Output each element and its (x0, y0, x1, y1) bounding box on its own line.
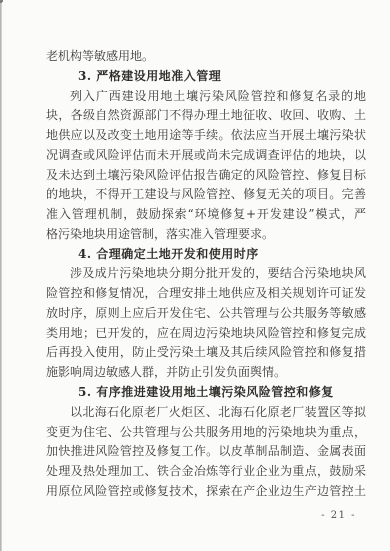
text-line: 以北海石化原老厂火炬区、北海石化原老厂装置区等拟 (46, 403, 366, 423)
text-line: 类用地；已开发的，应在周边污染地块风险管控和修复完成 (46, 324, 366, 344)
text-line: 格污染地块用途管制，落实准入管理要求。 (46, 225, 366, 245)
text-line: 险管控和修复情况，合理安排土地供应及相关规划许可证发 (46, 284, 366, 304)
section-heading-5: 5. 有序推进建设用地土壤污染风险管控和修复 (46, 383, 366, 403)
section-heading-3: 3. 严格建设用地准入管理 (46, 67, 366, 87)
text-line: 及未达到土壤污染风险评估报告确定的风险管控、修复目标 (46, 166, 366, 186)
text-line: 的地块，不得开工建设与风险管控、修复无关的项目。完善 (46, 185, 366, 205)
text-line: 后再投入使用，防止受污染土壤及其后续风险管控和修复措 (46, 343, 366, 363)
text-line: 块，各级自然资源部门不得办理土地征收、收回、收购、土 (46, 106, 366, 126)
scan-speck (0, 0, 2, 3)
page-number: - 21 - (321, 510, 356, 521)
document-page: 老机构等敏感用地。 3. 严格建设用地准入管理 列入广西建设用地土壤污染风险管控… (0, 0, 390, 551)
text-line: 涉及成片污染地块分期分批开发的，要结合污染地块风 (46, 264, 366, 284)
text-line: 用原位风险管控或修复技术，探索在产企业边生产边管控土 (46, 482, 366, 502)
section-heading-4: 4. 合理确定土地开发和使用时序 (46, 245, 366, 265)
text-line: 况调查或风险评估而未开展或尚未完成调查评估的地块，以 (46, 146, 366, 166)
text-line: 放时序，原则上应后开发住宅、公共管理与公共服务等敏感 (46, 304, 366, 324)
text-line: 地供应以及改变土地用途等手续。依法应当开展土壤污染状 (46, 126, 366, 146)
text-line: 处理及热处理加工、铁合金冶炼等行业企业为重点，鼓励采 (46, 462, 366, 482)
document-text-block: 老机构等敏感用地。 3. 严格建设用地准入管理 列入广西建设用地土壤污染风险管控… (46, 47, 366, 502)
text-line: 变更为住宅、公共管理与公共服务用地的污染地块为重点， (46, 423, 366, 443)
text-line: 老机构等敏感用地。 (46, 47, 366, 67)
text-line: 施影响周边敏感人群，并防止引发负面舆情。 (46, 363, 366, 383)
text-line: 准入管理机制，鼓励探索“环境修复+开发建设”模式，严 (46, 205, 366, 225)
text-line: 列入广西建设用地土壤污染风险管控和修复名录的地 (46, 87, 366, 107)
scan-edge-artifact (0, 0, 2, 551)
text-line: 加快推进风险管控及修复工作。以皮革制品制造、金属表面 (46, 442, 366, 462)
